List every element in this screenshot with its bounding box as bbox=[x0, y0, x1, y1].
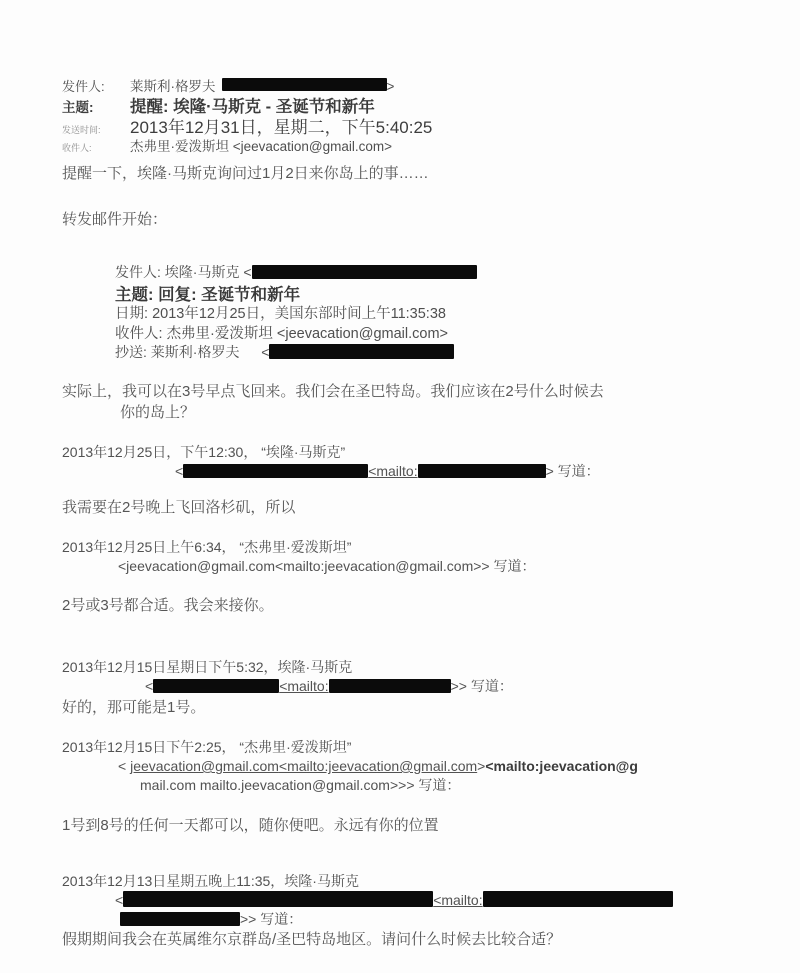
redaction-bar bbox=[418, 464, 546, 478]
redaction-bar bbox=[269, 344, 454, 359]
quoted-cc-label: 抄送: bbox=[115, 344, 147, 360]
mailto-link[interactable]: <mailto: bbox=[279, 678, 328, 694]
redaction-bar bbox=[153, 679, 279, 693]
message-line: 实际上，我可以在3号早点飞回来。我们会在圣巴特岛。我们应该在2号什么时候去 bbox=[62, 381, 760, 402]
attribution-date: 2013年12月15日星期日下午5:32，埃隆·马斯克 bbox=[62, 658, 760, 677]
redaction-bar bbox=[483, 891, 673, 907]
redaction-bar bbox=[329, 679, 451, 693]
attribution-block: 2013年12月25日，下午12:30， “埃隆·马斯克” <<mailto:>… bbox=[62, 443, 760, 481]
message-body: 2号或3号都合适。我会来接你。 bbox=[62, 595, 760, 616]
attribution-block: 2013年12月13日星期五晚上11:35，埃隆·马斯克 <<mailto: >… bbox=[62, 872, 760, 929]
angle-open: < bbox=[175, 463, 183, 479]
attribution-block: 2013年12月25日上午6:34， “杰弗里·爱泼斯坦” <jeevacati… bbox=[62, 538, 760, 576]
quoted-subject-row: 主题: 回复: 圣诞节和新年 bbox=[115, 281, 760, 302]
document-body: 发件人: 莱斯利·格罗夫 > 主题: 提醒: 埃隆·马斯克 - 圣诞节和新年 发… bbox=[0, 0, 800, 950]
quoted-to-label: 收件人: bbox=[115, 326, 163, 342]
attribution-block: 2013年12月15日下午2:25， “杰弗里·爱泼斯坦” < jeevacat… bbox=[62, 738, 760, 795]
quoted-date-label: 日期: bbox=[115, 306, 148, 322]
email-header: 发件人: 莱斯利·格罗夫 > 主题: 提醒: 埃隆·马斯克 - 圣诞节和新年 发… bbox=[62, 75, 760, 154]
mailto-link[interactable]: <mailto: bbox=[433, 892, 482, 908]
message-body: 实际上，我可以在3号早点飞回来。我们会在圣巴特岛。我们应该在2号什么时候去 你的… bbox=[62, 381, 760, 423]
quoted-to-row: 收件人: 杰弗里·爱泼斯坦 <jeevacation@gmail.com> bbox=[115, 322, 760, 342]
quoted-to-value: 杰弗里·爱泼斯坦 <jeevacation@gmail.com> bbox=[167, 326, 448, 342]
sent-row: 发送时间: 2013年12月31日，星期二，下午5:40:25 bbox=[62, 113, 760, 135]
quoted-from-label: 发件人: bbox=[115, 264, 161, 280]
mailto-link[interactable]: <mailto: bbox=[368, 463, 417, 479]
email-link[interactable]: jeevacation@gmail.com bbox=[130, 758, 279, 774]
subject-label: 主题: bbox=[62, 96, 130, 116]
attribution-date: 2013年12月25日，下午12:30， “埃隆·马斯克” bbox=[62, 443, 760, 462]
attribution-date: 2013年12月15日下午2:25， “杰弗里·爱泼斯坦” bbox=[62, 738, 760, 757]
message-line: 你的岛上？ bbox=[62, 402, 760, 423]
from-label: 发件人: bbox=[62, 76, 130, 95]
attribution-date: 2013年12月13日星期五晚上11:35，埃隆·马斯克 bbox=[62, 872, 760, 891]
quoted-cc-row: 抄送: 莱斯利·格罗夫 < bbox=[115, 342, 760, 361]
attribution-address-line: mail.com mailto.jeevacation@gmail.com>>>… bbox=[62, 776, 760, 795]
angle-open: < bbox=[115, 892, 123, 908]
subject-row: 主题: 提醒: 埃隆·马斯克 - 圣诞节和新年 bbox=[62, 93, 760, 113]
quoted-from-open: < bbox=[243, 264, 251, 280]
attribution-block: 2013年12月15日星期日下午5:32，埃隆·马斯克 <<mailto:>> … bbox=[62, 658, 760, 696]
mailto-link-bold[interactable]: <mailto:jeevacation@g bbox=[485, 758, 638, 774]
quoted-date-value: 2013年12月25日，美国东部时间上午11:35:38 bbox=[152, 306, 446, 322]
attribution-address-line[interactable]: <jeevacation@gmail.com<mailto:jeevacatio… bbox=[62, 557, 760, 576]
wrote-suffix: >> 写道： bbox=[240, 911, 302, 927]
quoted-date-row: 日期: 2013年12月25日，美国东部时间上午11:35:38 bbox=[115, 302, 760, 322]
quoted-cc-name: 莱斯利·格罗夫 bbox=[151, 344, 240, 360]
redaction-bar bbox=[123, 891, 433, 907]
redaction-bar bbox=[183, 464, 368, 478]
wrote-suffix: > 写道： bbox=[546, 463, 600, 479]
message-body: 好的，那可能是1号。 bbox=[62, 697, 760, 718]
from-row: 发件人: 莱斯利·格罗夫 > bbox=[62, 75, 760, 93]
message-body: 1号到8号的任何一天都可以，随你便吧。永远有你的位置 bbox=[62, 815, 760, 836]
attribution-address-line: <<mailto:> 写道： bbox=[62, 462, 760, 481]
redaction-bar bbox=[120, 912, 240, 926]
to-value: 杰弗里·爱泼斯坦 <jeevacation@gmail.com> bbox=[130, 135, 392, 155]
angle-open: < bbox=[118, 758, 130, 774]
quoted-from-row: 发件人: 埃隆·马斯克 < bbox=[115, 262, 760, 281]
to-label: 收件人: bbox=[62, 141, 130, 154]
sent-label: 发送时间: bbox=[62, 123, 130, 136]
message-body: 我需要在2号晚上飞回洛杉矶，所以 bbox=[62, 497, 760, 518]
forward-start-label: 转发邮件开始： bbox=[62, 209, 760, 230]
redaction-bar bbox=[222, 78, 387, 91]
email-document: 发件人: 莱斯利·格罗夫 > 主题: 提醒: 埃隆·马斯克 - 圣诞节和新年 发… bbox=[0, 0, 800, 973]
attribution-address-line: < jeevacation@gmail.com<mailto:jeevacati… bbox=[62, 757, 760, 776]
attribution-address-line: <<mailto: bbox=[62, 891, 760, 910]
wrote-suffix: >> 写道： bbox=[451, 678, 513, 694]
attribution-date: 2013年12月25日上午6:34， “杰弗里·爱泼斯坦” bbox=[62, 538, 760, 557]
angle-open: < bbox=[145, 678, 153, 694]
attribution-address-line: >> 写道： bbox=[62, 910, 760, 929]
message-body: 假期期间我会在英属维尔京群岛/圣巴特岛地区。请问什么时候去比较合适？ bbox=[62, 929, 760, 950]
attribution-address-line: <<mailto:>> 写道： bbox=[62, 677, 760, 696]
redaction-bar bbox=[252, 265, 477, 279]
mailto-link[interactable]: <mailto:jeevacation@gmail.com bbox=[279, 758, 477, 774]
from-name: 莱斯利·格罗夫 bbox=[130, 75, 216, 95]
reminder-text: 提醒一下，埃隆·马斯克询问过1月2日来你岛上的事…… bbox=[62, 163, 760, 184]
quoted-from-name: 埃隆·马斯克 bbox=[165, 264, 240, 280]
quoted-cc-open: < bbox=[261, 344, 269, 360]
from-close: > bbox=[387, 79, 395, 94]
quoted-email-header: 发件人: 埃隆·马斯克 < 主题: 回复: 圣诞节和新年 日期: 2013年12… bbox=[115, 262, 760, 361]
